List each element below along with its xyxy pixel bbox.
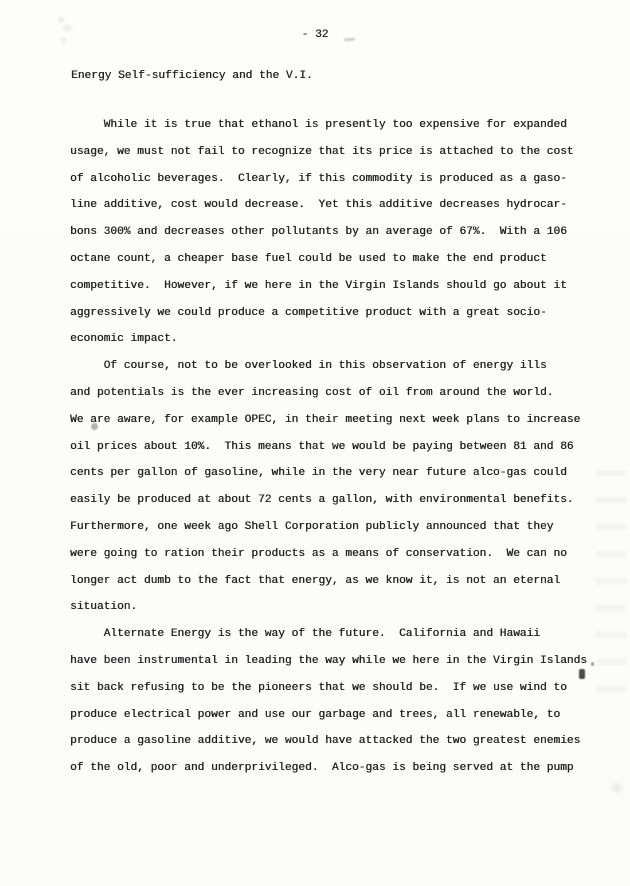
scan-bleedthrough [596, 470, 626, 710]
text-line: line additive, cost would decrease. Yet … [70, 192, 587, 219]
text-line: Furthermore, one week ago Shell Corporat… [70, 514, 587, 541]
scan-dot-artifact [91, 423, 98, 430]
text-line: oil prices about 10%. This means that we… [70, 434, 587, 461]
text-line: cents per gallon of gasoline, while in t… [70, 460, 587, 487]
scan-smudge-bottomright [606, 779, 628, 801]
text-line: usage, we must not fail to recognize tha… [70, 139, 587, 166]
paragraph: Alternate Energy is the way of the futur… [70, 621, 587, 782]
text-line: We are aware, for example OPEC, in their… [70, 407, 587, 434]
text-line: bons 300% and decreases other pollutants… [70, 219, 587, 246]
text-line: While it is true that ethanol is present… [70, 112, 587, 139]
text-line: produce electrical power and use our gar… [70, 702, 587, 729]
scan-edge-speck [591, 662, 594, 666]
text-line: aggressively we could produce a competit… [70, 300, 587, 327]
text-line: were going to ration their products as a… [70, 541, 587, 568]
document-body: While it is true that ethanol is present… [70, 112, 587, 782]
document-page: - 32 Energy Self-sufficiency and the V.I… [0, 0, 630, 886]
text-line: competitive. However, if we here in the … [70, 273, 587, 300]
text-line: produce a gasoline additive, we would ha… [70, 728, 587, 755]
document-title: Energy Self-sufficiency and the V.I. [71, 70, 313, 82]
text-line: of alcoholic beverages. Clearly, if this… [70, 166, 587, 193]
text-line: situation. [70, 594, 587, 621]
text-line: Of course, not to be overlooked in this … [70, 353, 587, 380]
text-line: sit back refusing to be the pioneers tha… [70, 675, 587, 702]
paragraph: Of course, not to be overlooked in this … [70, 353, 587, 621]
text-line: octane count, a cheaper base fuel could … [70, 246, 587, 273]
text-line: and potentials is the ever increasing co… [70, 380, 587, 407]
page-number: - 32 [0, 29, 630, 41]
text-line: economic impact. [70, 326, 587, 353]
text-line: Alternate Energy is the way of the futur… [70, 621, 587, 648]
text-line: easily be produced at about 72 cents a g… [70, 487, 587, 514]
text-line: have been instrumental in leading the wa… [70, 648, 587, 675]
text-line: of the old, poor and underprivileged. Al… [70, 755, 587, 782]
scan-edge-mark [579, 669, 585, 679]
paragraph: While it is true that ethanol is present… [70, 112, 587, 353]
text-line: longer act dumb to the fact that energy,… [70, 568, 587, 595]
